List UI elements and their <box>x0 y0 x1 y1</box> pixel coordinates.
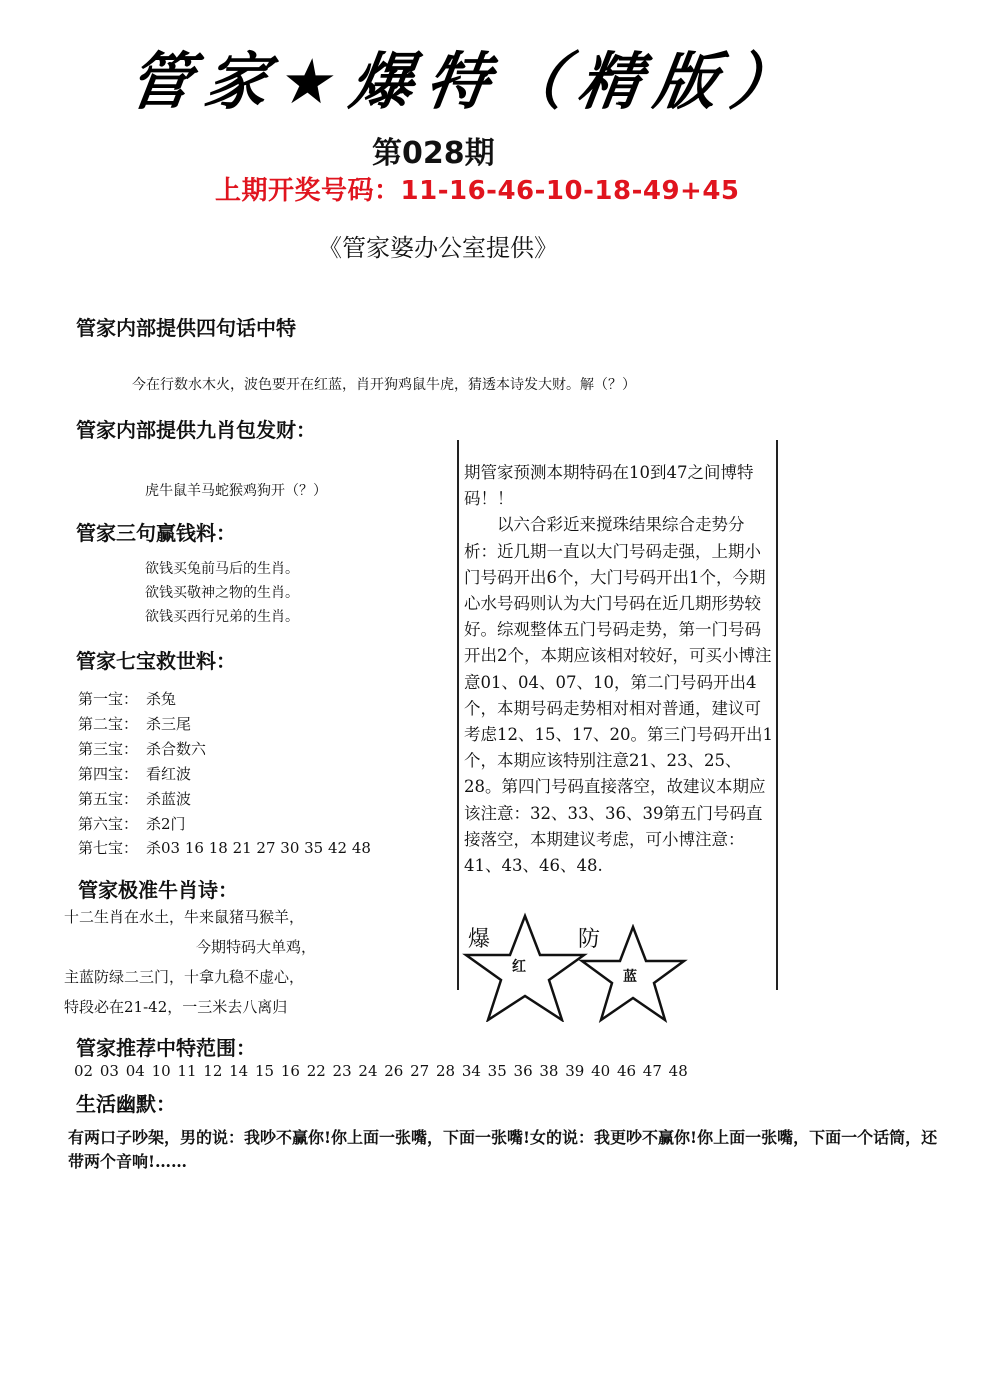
treasure-item: 第六宝：杀2门 <box>78 813 186 834</box>
nine-zodiac-text: 虎牛鼠羊马蛇猴鸡狗开（？） <box>145 480 327 500</box>
treasure-item: 第一宝：杀兔 <box>78 688 176 709</box>
poem-heading: 管家极准牛肖诗： <box>78 874 238 903</box>
treasure-item: 第三宝：杀合数六 <box>78 738 206 759</box>
three-lines-line: 欲钱买兔前马后的生肖。 <box>145 558 299 578</box>
analysis-text: 期管家预测本期特码在10到47之间博特码！！ 以六合彩近来搅珠结果综合走势分析：… <box>464 460 776 879</box>
issue-number: 第028期 <box>372 128 495 172</box>
box-left-border <box>457 440 459 990</box>
analysis-para-2: 以六合彩近来搅珠结果综合走势分析：近几期一直以大门号码走强，上期小门号码开出6个… <box>464 512 776 879</box>
three-lines-line: 欲钱买西行兄弟的生肖。 <box>145 606 299 626</box>
four-lines-heading: 管家内部提供四句话中特 <box>76 312 296 341</box>
three-lines-heading: 管家三句赢钱料： <box>76 517 236 546</box>
treasure-item: 第七宝：杀03 16 18 21 27 30 35 42 48 <box>78 837 371 858</box>
nine-zodiac-heading: 管家内部提供九肖包发财： <box>76 414 316 443</box>
three-lines-line: 欲钱买敬神之物的生肖。 <box>145 582 299 602</box>
box-right-border <box>776 440 778 990</box>
page-title: 管家★爆特（精版） <box>124 32 814 121</box>
treasure-item: 第二宝：杀三尾 <box>78 713 191 734</box>
range-numbers: 02 03 04 10 11 12 14 15 16 22 23 24 26 2… <box>74 1062 688 1080</box>
seven-treasures-heading: 管家七宝救世料： <box>76 645 236 674</box>
star-inner-red: 红 <box>512 956 526 976</box>
humor-heading: 生活幽默： <box>76 1088 176 1117</box>
last-draw-label: 上期开奖号码： <box>215 176 401 206</box>
treasure-item: 第五宝：杀蓝波 <box>78 788 191 809</box>
last-draw: 上期开奖号码：11-16-46-10-18-49+45 <box>215 170 740 207</box>
star-inner-blue: 蓝 <box>623 966 637 986</box>
analysis-para-1: 期管家预测本期特码在10到47之间博特码！！ <box>464 460 776 512</box>
humor-text: 有两口子吵架，男的说：我吵不赢你!你上面一张嘴，下面一张嘴!女的说：我更吵不赢你… <box>68 1126 938 1174</box>
poem-line: 主蓝防绿二三门，十拿九稳不虚心， <box>64 966 304 987</box>
poem-line: 今期特码大单鸡， <box>196 936 316 957</box>
treasure-item: 第四宝：看红波 <box>78 763 191 784</box>
provider-line: 《管家婆办公室提供》 <box>318 228 558 263</box>
four-lines-text: 今在行数水木火，波色要开在红蓝，肖开狗鸡鼠牛虎，猜透本诗发大财。解（？） <box>132 374 636 394</box>
range-heading: 管家推荐中特范围： <box>76 1032 256 1061</box>
poem-line: 十二生肖在水土，牛来鼠猪马猴羊， <box>64 906 304 927</box>
last-draw-numbers: 11-16-46-10-18-49+45 <box>401 176 740 206</box>
poem-line: 特段必在21-42，一三米去八离归 <box>64 996 287 1017</box>
